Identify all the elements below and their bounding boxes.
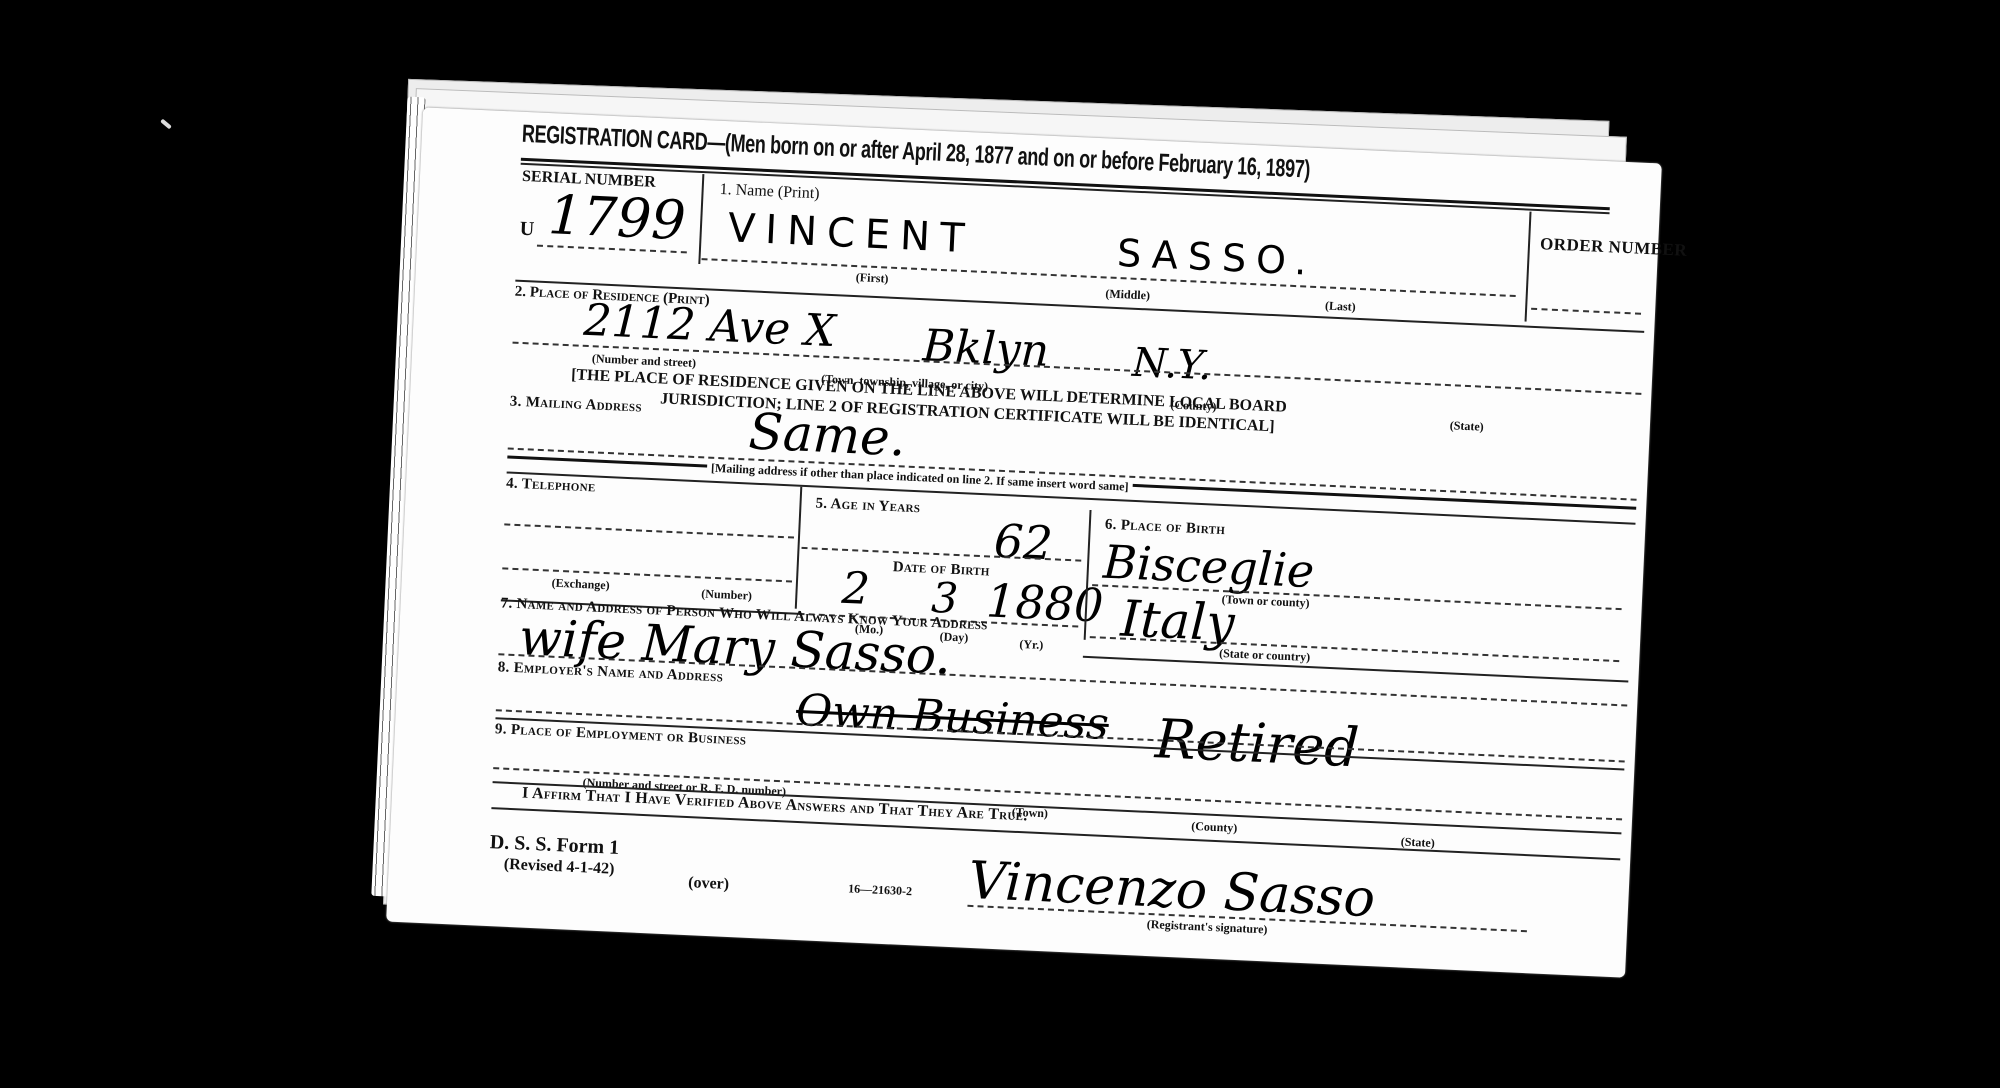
order-number-label: ORDER NUMBER bbox=[1540, 234, 1688, 261]
serial-divider bbox=[698, 174, 704, 264]
rule-7 bbox=[491, 807, 1620, 860]
employer-struck-value: Own Business bbox=[795, 685, 1110, 750]
age-label: 5. Age in Years bbox=[815, 496, 920, 518]
form-revised: (Revised 4-1-42) bbox=[503, 856, 614, 879]
dob-month: 2 bbox=[841, 563, 871, 615]
registration-card-scan: REGISTRATION CARD—(Men born on or after … bbox=[386, 107, 1662, 977]
serial-number-value: 1799 bbox=[547, 183, 687, 252]
print-code: 16—21630-2 bbox=[848, 881, 913, 899]
telephone-line-1 bbox=[504, 523, 794, 538]
order-divider bbox=[1525, 212, 1532, 322]
over-note: (over) bbox=[688, 874, 730, 894]
mailing-address-label: 3. Mailing Address bbox=[509, 394, 642, 417]
name-last: SASSO. bbox=[1116, 231, 1317, 284]
employment-county-caption: (County) bbox=[1191, 819, 1238, 836]
telephone-number-caption: (Number) bbox=[701, 586, 752, 603]
residence-state: N.Y. bbox=[1131, 340, 1212, 390]
name-label: 1. Name (Print) bbox=[719, 181, 820, 204]
mailing-address-line bbox=[508, 447, 1637, 500]
dob-year-caption: (Yr.) bbox=[1019, 637, 1044, 653]
name-first: VINCENT bbox=[727, 205, 975, 262]
name-last-caption: (Last) bbox=[1325, 298, 1356, 314]
serial-number-prefix: U bbox=[519, 218, 534, 242]
name-middle-caption: (Middle) bbox=[1105, 286, 1150, 303]
scan-speck bbox=[160, 119, 172, 130]
order-number-line bbox=[1531, 308, 1641, 315]
telephone-label: 4. Telephone bbox=[506, 475, 596, 496]
name-first-caption: (First) bbox=[856, 270, 889, 286]
rule-4b bbox=[1083, 656, 1629, 683]
mailing-address-value: Same. bbox=[747, 402, 906, 467]
telephone-line-2 bbox=[502, 567, 792, 582]
registration-card: REGISTRATION CARD—(Men born on or after … bbox=[386, 107, 1662, 977]
residence-state-caption: (State) bbox=[1449, 418, 1484, 435]
residence-town: Bklyn bbox=[922, 320, 1050, 377]
age-value: 62 bbox=[993, 514, 1054, 571]
telephone-exchange-caption: (Exchange) bbox=[551, 576, 610, 594]
employment-place-label: 9. Place of Employment or Business bbox=[495, 721, 747, 749]
